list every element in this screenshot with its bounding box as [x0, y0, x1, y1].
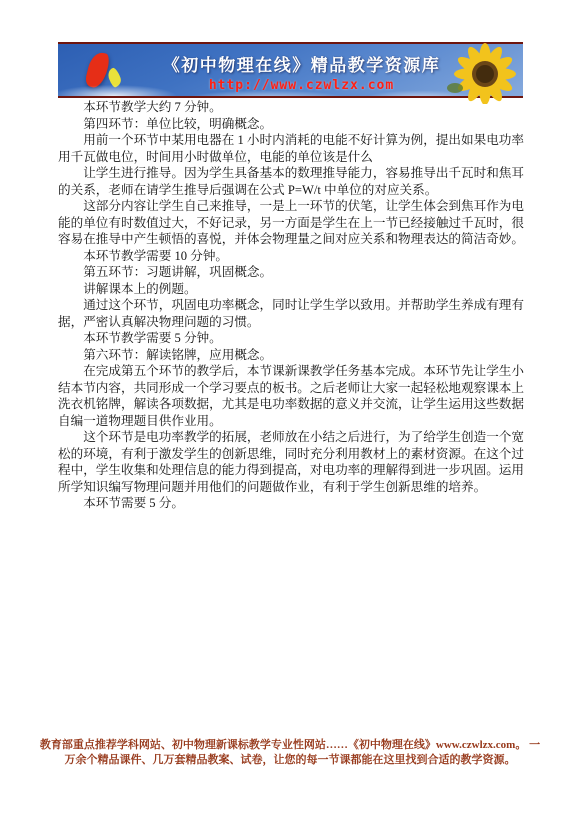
- paragraph: 这部分内容让学生自己来推导，一是上一环节的伏笔，让学生体会到焦耳作为电能的单位有…: [58, 198, 524, 248]
- paragraph: 本环节需要 5 分。: [58, 495, 524, 512]
- paragraph: 第六环节：解读铭牌，应用概念。: [58, 347, 524, 364]
- paragraph: 本环节教学需要 5 分钟。: [58, 330, 524, 347]
- sunflower-image: [447, 38, 517, 104]
- site-logo-icon: [78, 51, 130, 93]
- swoosh-icon: [106, 67, 123, 89]
- banner-title: 《初中物理在线》精品教学资源库: [146, 51, 457, 76]
- paragraph: 本环节教学需要 10 分钟。: [58, 248, 524, 265]
- header-banner: 《初中物理在线》精品教学资源库 http://www.czwlzx.com: [58, 42, 523, 98]
- footer-note: 教育部重点推荐学科网站、初中物理新课标教学专业性网站……《初中物理在线》www.…: [36, 738, 544, 768]
- paragraph: 用前一个环节中某用电器在 1 小时内消耗的电能不好计算为例，提出如果电功率用千瓦…: [58, 132, 524, 165]
- banner-url-link[interactable]: http://www.czwlzx.com: [146, 78, 457, 93]
- banner-text: 《初中物理在线》精品教学资源库 http://www.czwlzx.com: [146, 51, 457, 93]
- paragraph: 第四环节：单位比较，明确概念。: [58, 116, 524, 133]
- paragraph: 让学生进行推导。因为学生具备基本的数理推导能力，容易推导出千瓦时和焦耳的关系，老…: [58, 165, 524, 198]
- document-body: 本环节教学大约 7 分钟。第四环节：单位比较，明确概念。用前一个环节中某用电器在…: [58, 99, 524, 512]
- paragraph: 讲解课本上的例题。: [58, 281, 524, 298]
- paragraph: 通过这个环节，巩固电功率概念，同时让学生学以致用。并帮助学生养成有理有据，严密认…: [58, 297, 524, 330]
- paragraph: 这个环节是电功率教学的拓展，老师放在小结之后进行，为了给学生创造一个宽松的环境，…: [58, 429, 524, 495]
- document-page: 《初中物理在线》精品教学资源库 http://www.czwlzx.com: [0, 0, 580, 819]
- flame-icon: [84, 50, 111, 90]
- paragraph: 第五环节：习题讲解，巩固概念。: [58, 264, 524, 281]
- paragraph: 本环节教学大约 7 分钟。: [58, 99, 524, 116]
- paragraph: 在完成第五个环节的教学后，本节课新课教学任务基本完成。本环节先让学生小结本节内容…: [58, 363, 524, 429]
